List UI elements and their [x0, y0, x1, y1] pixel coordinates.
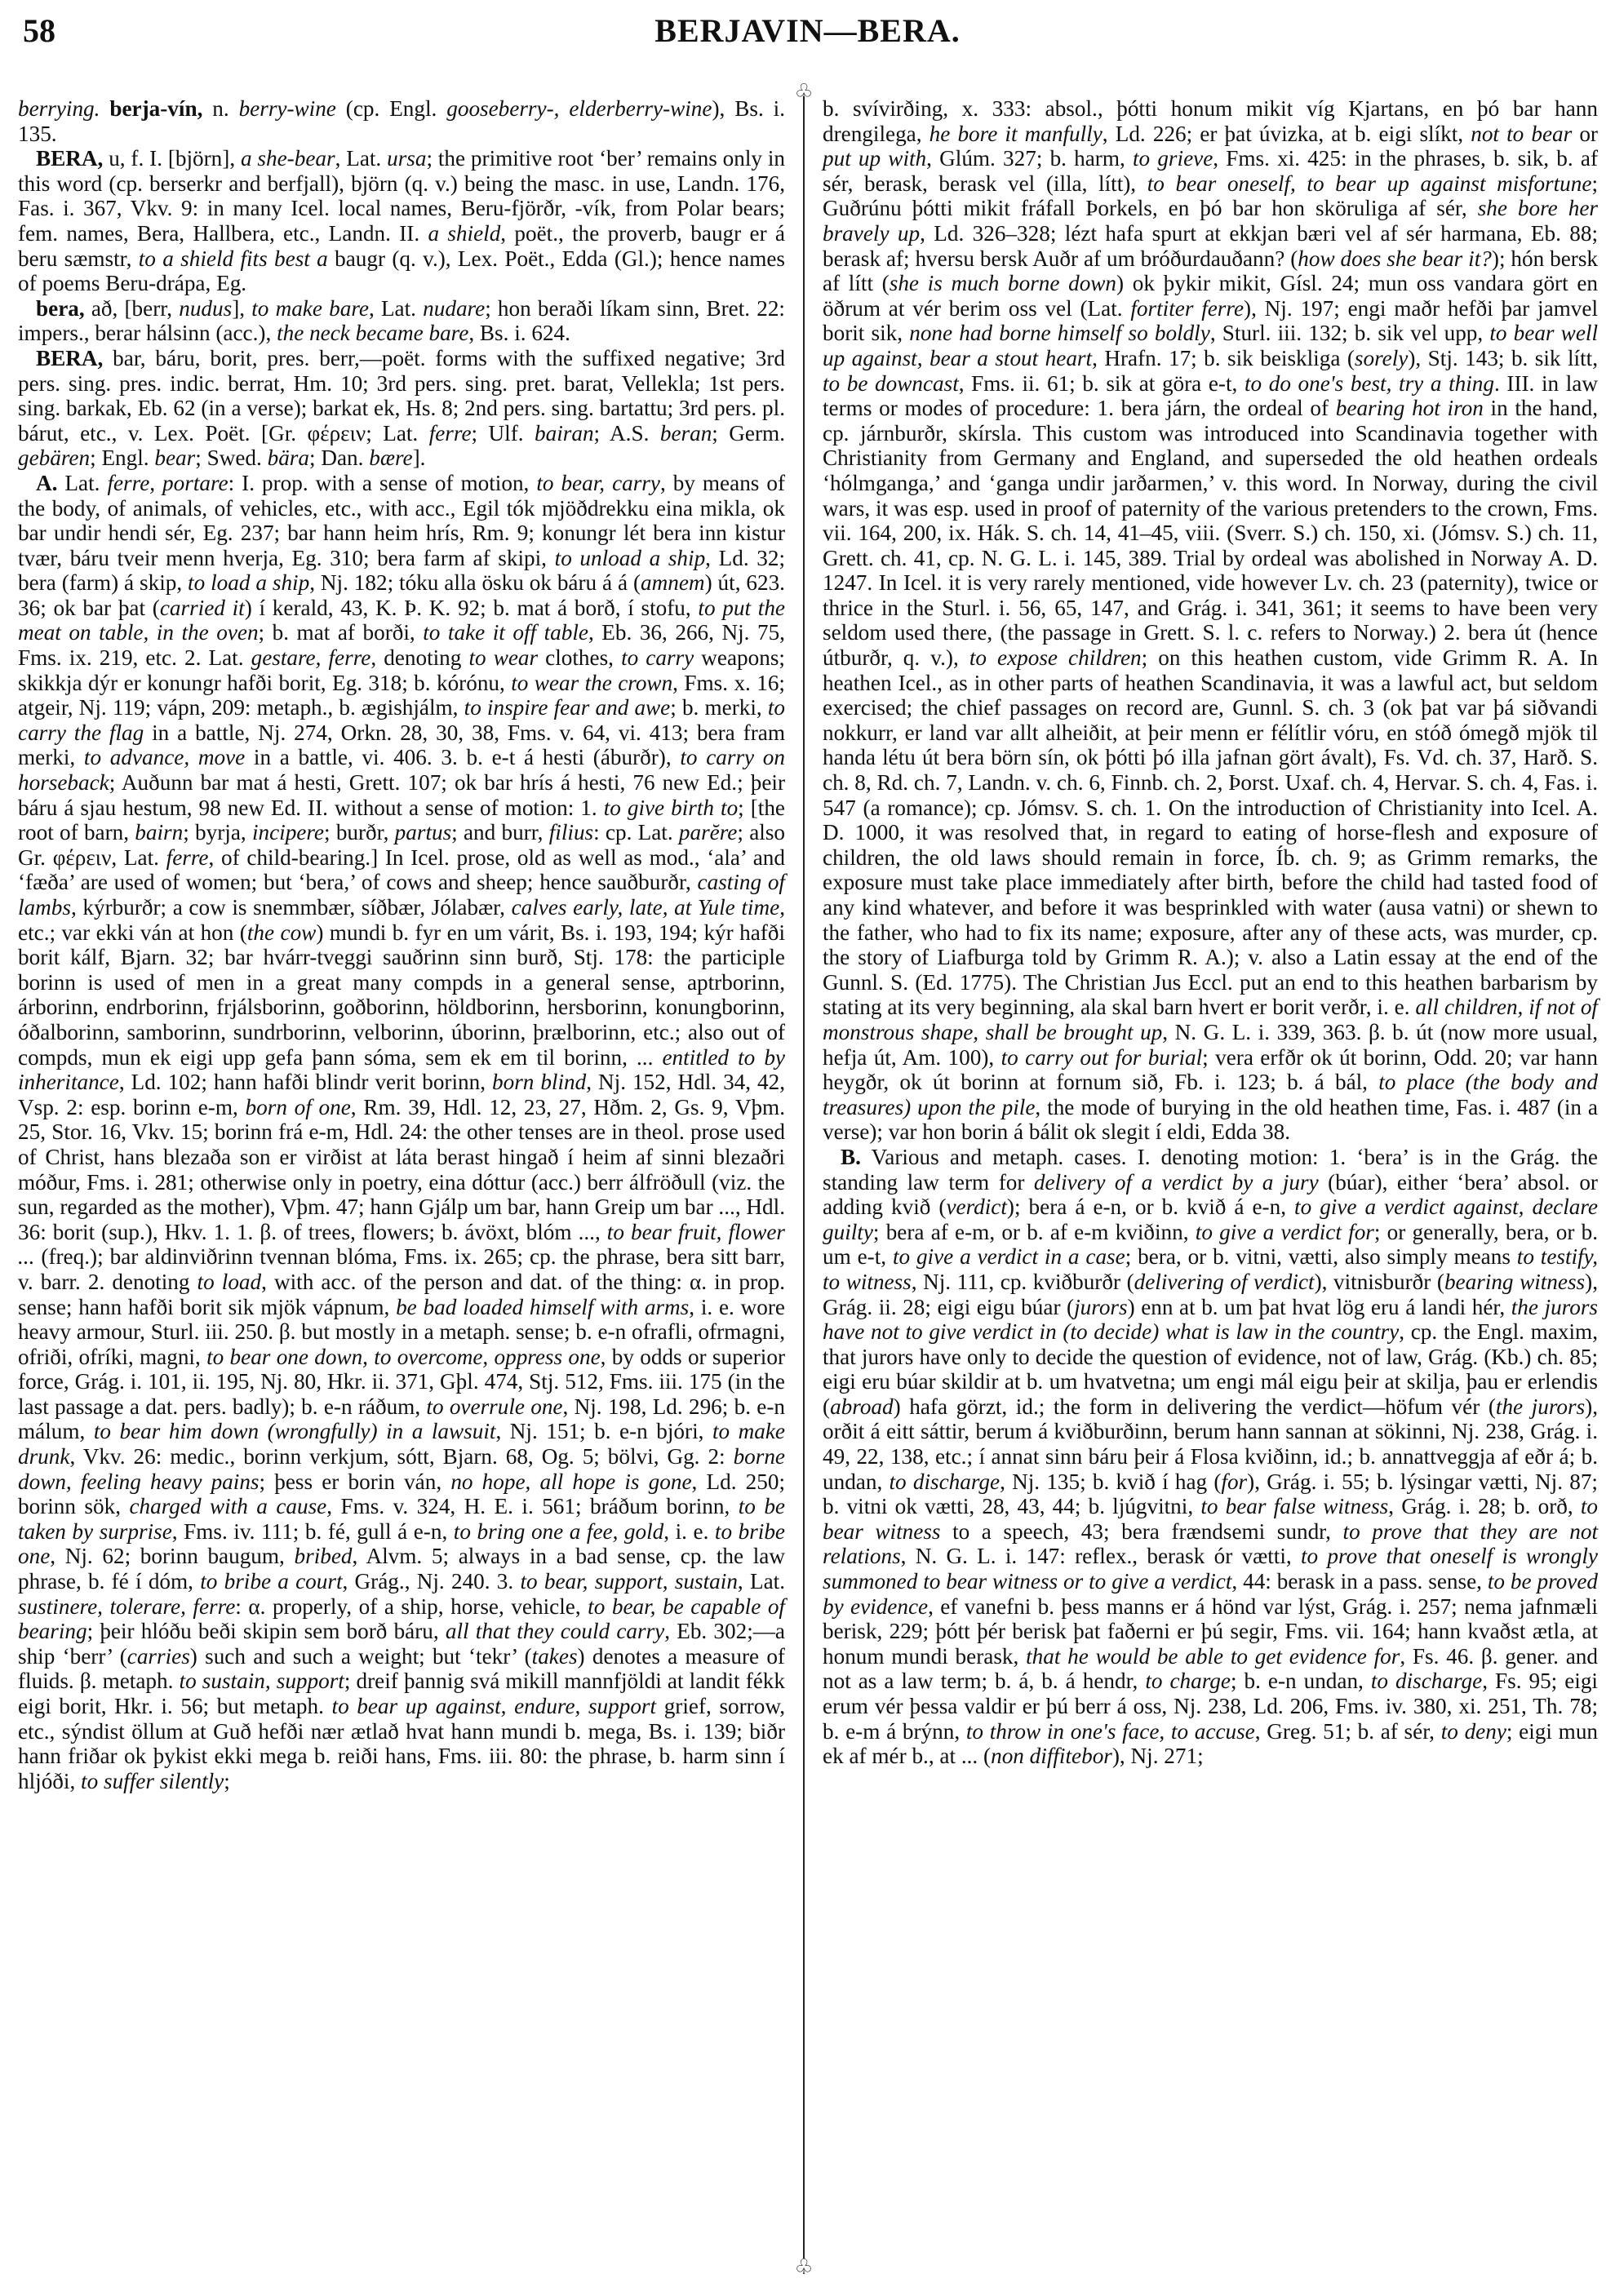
entry-text: in the hand, cp. járnburðr, skírsla. Thi…: [823, 396, 1598, 670]
italic-gloss: fortiter ferre: [1130, 296, 1244, 321]
entry-text: , Vkv. 26: medic., borinn verkjum, sótt,…: [69, 1444, 733, 1469]
italic-gloss: ferre: [166, 845, 209, 870]
entry-text: or: [1572, 122, 1598, 146]
italic-gloss: to suffer silently: [81, 1769, 224, 1793]
headword: BERA,: [36, 346, 103, 370]
italic-gloss: bære: [369, 445, 412, 470]
dictionary-entry-paragraph: bera, að, [berr, nudus], to make bare, L…: [18, 296, 785, 346]
italic-gloss: ferre: [429, 421, 472, 445]
entry-text: , Lat.: [369, 296, 423, 321]
page-header: 58 BERJAVIN—BERA.: [23, 11, 1592, 69]
italic-gloss: incipere: [252, 820, 324, 844]
entry-text: , Grág., Nj. 240. 3.: [343, 1569, 521, 1593]
italic-gloss: to bear, carry: [536, 471, 660, 495]
italic-gloss: bära: [268, 445, 309, 470]
italic-gloss: to wear: [468, 645, 538, 670]
italic-gloss: to charge: [1145, 1669, 1231, 1693]
italic-gloss: that he would be able to get evidence fo…: [1026, 1644, 1400, 1669]
italic-gloss: amnem: [641, 570, 705, 595]
italic-gloss: gestare, ferre: [251, 645, 371, 670]
italic-gloss: to carry: [621, 645, 694, 670]
entry-text: Lat.: [57, 471, 107, 495]
right-column: b. svívirðing, x. 333: absol., þótti hon…: [823, 96, 1598, 1769]
italic-gloss: the cow: [247, 920, 316, 945]
entry-text: : cp. Lat.: [593, 820, 679, 844]
entry-text: , Glúm. 327; b. harm,: [926, 146, 1133, 171]
entry-text: , Nj. 182; tóku alla ösku ok báru á á (: [309, 570, 641, 595]
entry-text: ],: [232, 296, 251, 321]
italic-gloss: put up with: [823, 146, 926, 171]
italic-gloss: to do one's best, try a thing: [1245, 371, 1494, 396]
italic-gloss: bearing hot iron: [1336, 396, 1484, 420]
entry-text: clothes,: [538, 645, 621, 670]
italic-gloss: to discharge: [1371, 1669, 1482, 1693]
entry-text: , Nj. 135; b. kvið í hag (: [1000, 1469, 1221, 1494]
entry-text: , Grág. i. 28; b. orð,: [1388, 1494, 1581, 1518]
italic-gloss: to bear up against, endure, support: [332, 1694, 657, 1718]
entry-text: , Nj. 151; b. e-n bjóri,: [495, 1419, 712, 1443]
headword: BERA,: [36, 146, 103, 171]
italic-gloss: a shield: [428, 221, 500, 246]
dictionary-entry-paragraph: berrying. berja-vín, n. berry-wine (cp. …: [18, 96, 785, 146]
entry-text: [100, 96, 109, 121]
entry-text: , Greg. 51; b. af sér,: [1255, 1719, 1441, 1744]
italic-gloss: a she-bear: [241, 146, 335, 171]
dictionary-entry-paragraph: BERA, bar, báru, borit, pres. berr,—poët…: [18, 346, 785, 471]
entry-text: ;: [224, 1769, 230, 1793]
entry-text: ), Stj. 143; b. sik lítt,: [1408, 346, 1598, 370]
italic-gloss: gooseberry-, elderberry-wine: [446, 96, 712, 121]
entry-text: , Sturl. iii. 132; b. sik vel upp,: [1210, 321, 1490, 345]
entry-text: ].: [413, 445, 426, 470]
entry-text: ; A.S.: [594, 421, 660, 445]
entry-text: að, [berr,: [85, 296, 180, 321]
headword: A.: [36, 471, 57, 495]
italic-gloss: to bear oneself, to bear up against misf…: [1147, 171, 1592, 196]
entry-text: ; þess er borin ván,: [260, 1469, 451, 1494]
left-column: berrying. berja-vín, n. berry-wine (cp. …: [18, 96, 785, 1793]
entry-text: ; Engl.: [90, 445, 154, 470]
column-divider: [803, 96, 805, 2258]
entry-text: , Bs. i. 624.: [468, 321, 570, 345]
italic-gloss: to unload a ship: [555, 546, 706, 570]
entry-text: , denoting: [370, 645, 468, 670]
dictionary-entry-paragraph: b. svívirðing, x. 333: absol., þótti hon…: [823, 96, 1598, 1145]
italic-gloss: to bear, support, sustain: [520, 1569, 737, 1593]
italic-gloss: calves early, late, at Yule time: [512, 895, 780, 920]
italic-gloss: beran: [660, 421, 712, 445]
italic-gloss: to sustain, support: [180, 1669, 344, 1693]
italic-gloss: verdict: [946, 1195, 1006, 1219]
italic-gloss: to make bare: [251, 296, 369, 321]
entry-text: , Nj. 111, cp. kviðburðr (: [912, 1270, 1134, 1294]
italic-gloss: sorely: [1355, 346, 1408, 370]
italic-gloss: to a shield fits best a: [139, 246, 328, 271]
italic-gloss: bairan: [535, 421, 594, 445]
italic-gloss: to bear him down (wrongfully) in a lawsu…: [94, 1419, 496, 1443]
entry-text: ; burðr,: [324, 820, 395, 844]
italic-gloss: to advance, move: [84, 745, 245, 769]
italic-gloss: to take it off table: [423, 620, 588, 645]
entry-text: ) í kerald, 43, K. Þ. K. 92; b. mat á bo…: [245, 596, 699, 620]
entry-text: : I. prop. with a sense of motion,: [228, 471, 537, 495]
entry-text: ; þeir hlóðu beði skipin sem borð báru,: [87, 1619, 446, 1643]
italic-gloss: be bad loaded himself with arms: [396, 1295, 689, 1319]
italic-gloss: delivering of verdict: [1134, 1270, 1315, 1294]
italic-gloss: to give a verdict in a case: [893, 1244, 1125, 1269]
italic-gloss: to grieve: [1133, 146, 1213, 171]
entry-text: , Fms. ii. 61; b. sik at göra e-t,: [959, 371, 1245, 396]
entry-text: ; b. mat af borði,: [259, 620, 424, 645]
italic-gloss: berrying.: [18, 96, 100, 121]
italic-gloss: to be downcast: [823, 371, 959, 396]
italic-gloss: ursa: [387, 146, 426, 171]
entry-text: , Fms. v. 324, H. E. i. 561; bráðum bori…: [326, 1494, 739, 1518]
running-head: BERJAVIN—BERA.: [23, 11, 1592, 50]
italic-gloss: bearing witness: [1444, 1270, 1585, 1294]
entry-text: in a battle, vi. 406. 3. b. e-t á hesti …: [245, 745, 680, 769]
italic-gloss: bairn: [135, 820, 183, 844]
entry-text: ; on this heathen custom, vide Grimm R. …: [823, 645, 1598, 1019]
italic-gloss: to discharge: [889, 1469, 1000, 1494]
italic-gloss: to throw in one's face, to accuse: [966, 1719, 1255, 1744]
column-divider-ornament-bottom-icon: ♧: [793, 2257, 814, 2278]
entry-text: (cp. Engl.: [336, 96, 446, 121]
italic-gloss: to expose children: [969, 645, 1142, 670]
entry-text: ; Dan.: [309, 445, 369, 470]
entry-text: , Ld. 226; er þat úvizka, at b. eigi slí…: [1103, 122, 1471, 146]
italic-gloss: to overrule one: [426, 1394, 562, 1419]
entry-text: , Lat.: [335, 146, 388, 171]
entry-text: ; b. merki,: [670, 695, 768, 720]
italic-gloss: to carry out for burial: [1001, 1045, 1203, 1070]
italic-gloss: to give birth to: [604, 796, 738, 820]
italic-gloss: for: [1221, 1469, 1247, 1494]
entry-text: , Lat.: [738, 1569, 785, 1593]
italic-gloss: bear: [154, 445, 195, 470]
italic-gloss: to inspire fear and awe: [464, 695, 671, 720]
entry-text: , N. G. L. i. 147: reflex., berask ór væ…: [901, 1544, 1301, 1568]
entry-text: u, f. I. [björn],: [103, 146, 241, 171]
italic-gloss: to bear false witness: [1200, 1494, 1388, 1518]
italic-gloss: to give a verdict for: [1196, 1220, 1374, 1244]
italic-gloss: non diffitebor: [991, 1744, 1112, 1768]
italic-gloss: bribed: [295, 1544, 353, 1568]
entry-text: ; b. e-n undan,: [1231, 1669, 1371, 1693]
headword: B.: [841, 1145, 861, 1169]
entry-text: ; and burr,: [451, 820, 549, 844]
entry-text: : α. properly, of a ship, horse, vehicle…: [235, 1594, 588, 1619]
italic-gloss: to bear one down, to overcome, oppress o…: [206, 1345, 601, 1369]
italic-gloss: nudus: [179, 296, 232, 321]
italic-gloss: how does she bear it?: [1298, 246, 1492, 271]
entry-text: ; Ulf.: [472, 421, 535, 445]
italic-gloss: parĕre: [679, 820, 737, 844]
entry-text: ; bera, or b. vitni, vætti, also simply …: [1125, 1244, 1517, 1269]
italic-gloss: to wear the crown: [511, 671, 672, 695]
italic-gloss: partus: [395, 820, 452, 844]
dictionary-entry-paragraph: BERA, u, f. I. [björn], a she-bear, Lat.…: [18, 146, 785, 296]
entry-text: ; Swed.: [195, 445, 267, 470]
italic-gloss: sustinere, tolerare, ferre: [18, 1594, 235, 1619]
italic-gloss: born blind: [492, 1070, 586, 1094]
italic-gloss: jurors: [1074, 1295, 1127, 1319]
italic-gloss: carries: [127, 1644, 190, 1669]
italic-gloss: no hope, all hope is gone: [450, 1469, 691, 1494]
italic-gloss: filius: [549, 820, 593, 844]
italic-gloss: the jurors: [1496, 1394, 1585, 1419]
italic-gloss: ferre, portare: [107, 471, 228, 495]
entry-text: , Ld. 102; hann hafði blindr verit borin…: [119, 1070, 492, 1094]
italic-gloss: takes: [532, 1644, 578, 1669]
entry-text: , 44: berask in a pass. sense,: [1231, 1569, 1487, 1593]
italic-gloss: he bore it manfully: [930, 122, 1103, 146]
italic-gloss: to load a ship: [188, 570, 309, 595]
italic-gloss: the neck became bare: [277, 321, 468, 345]
entry-text: ; Germ.: [712, 421, 785, 445]
entry-text: ) enn at b. um þat hvat lög eru á landi …: [1128, 1295, 1511, 1319]
italic-gloss: to deny: [1441, 1719, 1506, 1744]
entry-text: to a speech, 43; bera frændsemi sundr,: [940, 1519, 1342, 1544]
entry-text: ; bera af e-m, or b. af e-m kviðinn,: [873, 1220, 1196, 1244]
italic-gloss: berry-wine: [239, 96, 336, 121]
entry-text: , i. e.: [663, 1519, 715, 1544]
entry-text: ); bera á e-n, or b. kvið á e-n,: [1007, 1195, 1294, 1219]
entry-text: , Fms. iv. 111; b. fé, gull á e-n,: [172, 1519, 454, 1544]
entry-text: ), vitnisburðr (: [1315, 1270, 1444, 1294]
italic-gloss: to bring one a fee, gold: [454, 1519, 663, 1544]
italic-gloss: to load: [197, 1270, 262, 1294]
entry-text: , Hrafn. 17; b. sik beiskliga (: [1092, 346, 1355, 370]
headword: berja-vín,: [109, 96, 202, 121]
entry-text: , kýrburðr; a cow is snemmbær, síðbær, J…: [71, 895, 512, 920]
italic-gloss: to bribe a court: [200, 1569, 342, 1593]
entry-text: ) hafa görzt, id.; the form in deliverin…: [894, 1394, 1496, 1419]
italic-gloss: not to bear: [1471, 122, 1572, 146]
entry-text: ; byrja,: [183, 820, 252, 844]
italic-gloss: gebären: [18, 445, 90, 470]
entry-text: ) such and such a weight; but ‘tekr’ (: [190, 1644, 532, 1669]
italic-gloss: carried it: [160, 596, 245, 620]
italic-gloss: none had borne himself so boldly: [909, 321, 1210, 345]
italic-gloss: nudare: [423, 296, 485, 321]
italic-gloss: she is much borne down: [890, 271, 1116, 295]
italic-gloss: delivery of a verdict by a jury: [1034, 1170, 1319, 1195]
entry-text: ), Nj. 271;: [1112, 1744, 1204, 1768]
headword: bera,: [36, 296, 85, 321]
dictionary-entry-paragraph: A. Lat. ferre, portare: I. prop. with a …: [18, 471, 785, 1793]
italic-gloss: charged with a cause: [129, 1494, 326, 1518]
italic-gloss: born of one: [246, 1095, 351, 1119]
entry-text: n.: [202, 96, 238, 121]
italic-gloss: all that they could carry: [446, 1619, 664, 1643]
italic-gloss: abroad: [830, 1394, 894, 1419]
entry-text: , Nj. 62; borinn baugum,: [50, 1544, 294, 1568]
dictionary-entry-paragraph: B. Various and metaph. cases. I. denotin…: [823, 1145, 1598, 1769]
